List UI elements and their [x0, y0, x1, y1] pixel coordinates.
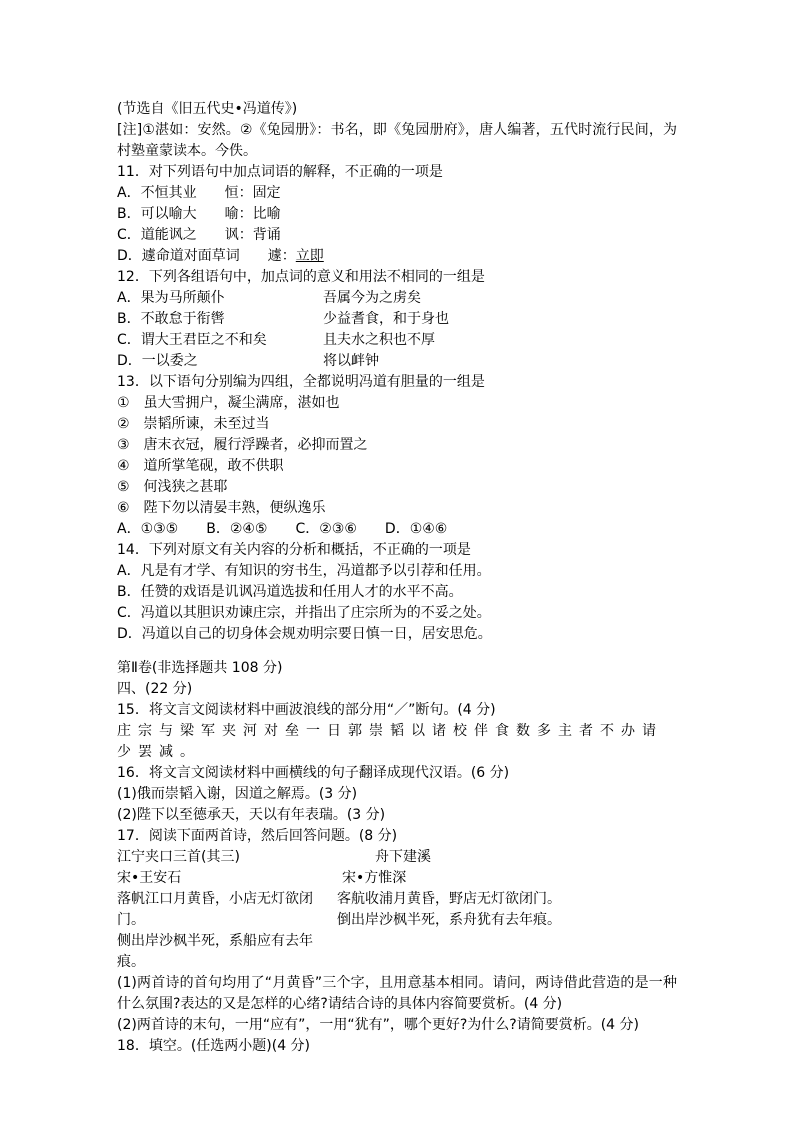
q11-option-c: C．道能讽之 讽：背诵	[117, 225, 677, 246]
q12-option-a: A．果为马所颠仆吾属今为之虏矣	[117, 288, 677, 309]
q12-option-a-right: 吾属今为之虏矣	[323, 288, 421, 309]
q14-option-d: D．冯道以自己的切身体会规劝明宗要日慎一日，居安思危。	[117, 624, 677, 645]
question-12: 12．下列各组语句中，加点词的意义和用法不相同的一组是 A．果为马所颠仆吾属今为…	[117, 267, 677, 372]
q12-option-c-right: 且夫水之积也不厚	[323, 330, 435, 351]
q13-item-3: ③ 唐末衣冠，履行浮躁者，必抑而置之	[117, 435, 677, 456]
q11-option-d-underlined-term: 立即	[296, 248, 324, 264]
q12-option-c-left: C．谓大王君臣之不和矣	[117, 330, 323, 351]
poem-left-title: 江宁夹口三首(其三)	[117, 847, 337, 868]
question-15: 15．将文言文阅读材料中画波浪线的部分用“／”断句。(4 分) 庄宗与梁军夹河对…	[117, 700, 677, 763]
q11-option-d: D．遽命道对面草词 遽：立即	[117, 246, 677, 267]
q13-item-6: ⑥ 陛下勿以清晏丰熟，便纵逸乐	[117, 498, 677, 519]
q12-option-d: D．一以委之将以衅钟	[117, 351, 677, 372]
q13-choices: A．①③⑤ B．②④⑤ C．②③⑥ D．①④⑥	[117, 519, 677, 540]
q14-stem: 14．下列对原文有关内容的分析和概括，不正确的一项是	[117, 540, 677, 561]
part-4-header: 四、(22 分)	[117, 679, 677, 700]
q11-option-d-text: D．遽命道对面草词 遽：	[117, 248, 296, 264]
q13-item-1: ① 虽大雪拥户，凝尘满席，湛如也	[117, 393, 677, 414]
q16-stem: 16．将文言文阅读材料中画横线的句子翻译成现代汉语。(6 分)	[117, 763, 677, 784]
footnote: [注]①湛如：安然。②《兔园册》：书名，即《兔园册府》，唐人编著，五代时流行民间…	[117, 120, 677, 162]
q18-stem: 18．填空。(任选两小题)(4 分)	[117, 1036, 677, 1057]
q12-option-c: C．谓大王君臣之不和矣且夫水之积也不厚	[117, 330, 677, 351]
question-18: 18．填空。(任选两小题)(4 分)	[117, 1036, 677, 1057]
question-14: 14．下列对原文有关内容的分析和概括，不正确的一项是 A．凡是有才学、有知识的穷…	[117, 540, 677, 645]
q14-option-a: A．凡是有才学、有知识的穷书生，冯道都予以引荐和任用。	[117, 561, 677, 582]
poem-right-line-2: 倒出岸沙枫半死，系舟犹有去年痕。	[337, 910, 677, 931]
q14-option-b: B．任赞的戏语是讥讽冯道选拔和任用人才的水平不高。	[117, 582, 677, 603]
q16-sentence-1: (1)俄而崇韬入谢，因道之解焉。(3 分)	[117, 784, 677, 805]
q11-option-a: A．不恒其业 恒：固定	[117, 183, 677, 204]
exam-document-page: (节选自《旧五代史•冯道传》) [注]①湛如：安然。②《兔园册》：书名，即《兔园…	[117, 99, 677, 1057]
q12-option-d-left: D．一以委之	[117, 351, 323, 372]
q11-stem: 11．对下列语句中加点词语的解释，不正确的一项是	[117, 162, 677, 183]
question-13: 13．以下语句分别编为四组，全都说明冯道有胆量的一组是 ① 虽大雪拥户，凝尘满席…	[117, 372, 677, 540]
source-attribution: (节选自《旧五代史•冯道传》)	[117, 99, 677, 120]
q13-stem: 13．以下语句分别编为四组，全都说明冯道有胆量的一组是	[117, 372, 677, 393]
q17-sub-question-1: (1)两首诗的首句均用了“月黄昏”三个字，且用意基本相同。请问，两诗借此营造的是…	[117, 973, 677, 1015]
q12-option-b-right: 少益耆食，和于身也	[323, 309, 449, 330]
q15-material-line-2: 少罢减。	[117, 742, 677, 763]
q16-sentence-2: (2)陛下以至德承天，天以有年表瑞。(3 分)	[117, 805, 677, 826]
q17-stem: 17．阅读下面两首诗，然后回答问题。(8 分)	[117, 826, 677, 847]
q11-option-b: B．可以喻大 喻：比喻	[117, 204, 677, 225]
poem-left: 江宁夹口三首(其三) 宋•王安石 落帆江口月黄昏，小店无灯欲闭门。 侧出岸沙枫半…	[117, 847, 337, 973]
q12-option-b-left: B．不敢怠于衔辔	[117, 309, 323, 330]
poem-left-author: 宋•王安石	[117, 868, 337, 889]
q12-option-a-left: A．果为马所颠仆	[117, 288, 323, 309]
q12-option-b: B．不敢怠于衔辔少益耆食，和于身也	[117, 309, 677, 330]
q13-item-4: ④ 道所掌笔砚，敢不供职	[117, 456, 677, 477]
poem-right-line-1: 客航收浦月黄昏，野店无灯欲闭门。	[337, 889, 677, 910]
poem-right-author: 宋•方惟深	[337, 868, 677, 889]
poem-right-title: 舟下建溪	[337, 847, 677, 868]
q13-item-5: ⑤ 何浅狭之甚耶	[117, 477, 677, 498]
q17-sub-question-2: (2)两首诗的末句，一用“应有”，一用“犹有”，哪个更好?为什么?请简要赏析。(…	[117, 1015, 677, 1036]
poem-left-line-2: 侧出岸沙枫半死，系船应有去年痕。	[117, 931, 337, 973]
q15-stem: 15．将文言文阅读材料中画波浪线的部分用“／”断句。(4 分)	[117, 700, 677, 721]
q12-stem: 12．下列各组语句中，加点词的意义和用法不相同的一组是	[117, 267, 677, 288]
question-11: 11．对下列语句中加点词语的解释，不正确的一项是 A．不恒其业 恒：固定 B．可…	[117, 162, 677, 267]
volume-2-header: 第Ⅱ卷(非选择题共 108 分)	[117, 658, 677, 679]
q15-material-line-1: 庄宗与梁军夹河对垒一日郭崇韬以诸校伴食数多主者不办请	[117, 721, 677, 742]
question-17: 17．阅读下面两首诗，然后回答问题。(8 分) 江宁夹口三首(其三) 宋•王安石…	[117, 826, 677, 1036]
poems-block: 江宁夹口三首(其三) 宋•王安石 落帆江口月黄昏，小店无灯欲闭门。 侧出岸沙枫半…	[117, 847, 677, 973]
section-2-headers: 第Ⅱ卷(非选择题共 108 分) 四、(22 分)	[117, 658, 677, 700]
question-16: 16．将文言文阅读材料中画横线的句子翻译成现代汉语。(6 分) (1)俄而崇韬入…	[117, 763, 677, 826]
q12-option-d-right: 将以衅钟	[323, 351, 379, 372]
q13-item-2: ② 崇韬所谏，未至过当	[117, 414, 677, 435]
poem-left-line-1: 落帆江口月黄昏，小店无灯欲闭门。	[117, 889, 337, 931]
q14-option-c: C．冯道以其胆识劝谏庄宗，并指出了庄宗所为的不妥之处。	[117, 603, 677, 624]
poem-right: 舟下建溪 宋•方惟深 客航收浦月黄昏，野店无灯欲闭门。 倒出岸沙枫半死，系舟犹有…	[337, 847, 677, 973]
